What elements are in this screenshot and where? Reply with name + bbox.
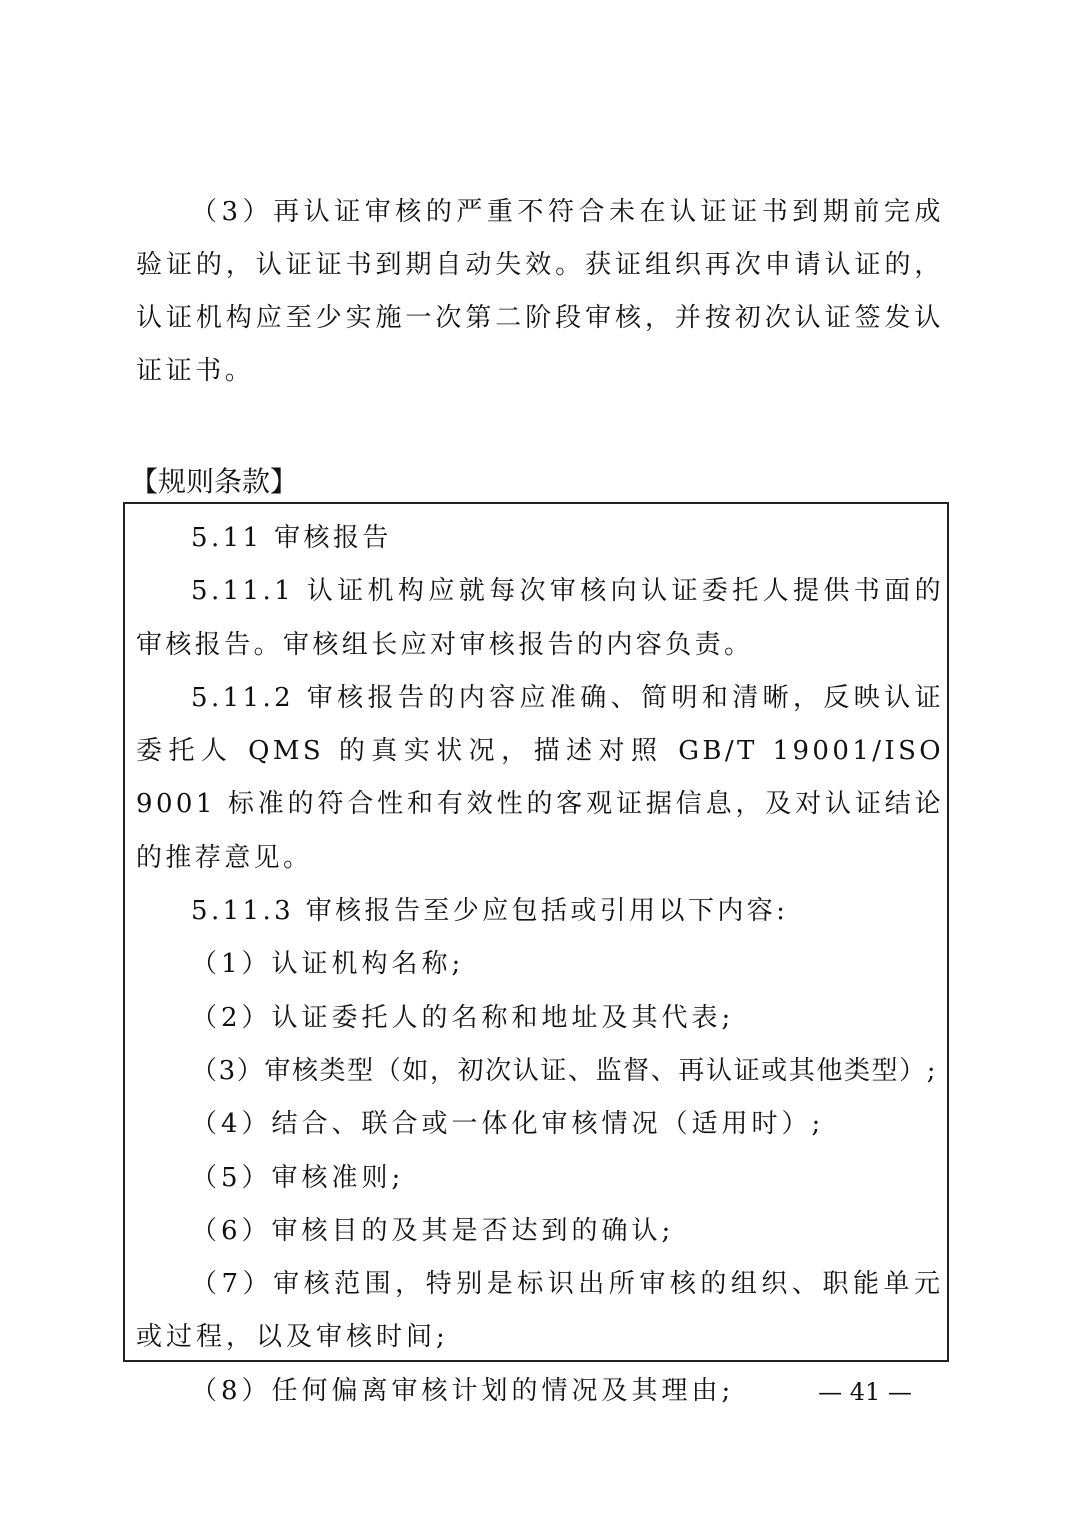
clause-5-11-2: 5.11.2 审核报告的内容应准确、简明和清晰，反映认证委托人 QMS 的真实状… <box>136 672 944 885</box>
rule-clause-content: 5.11 审核报告 5.11.1 认证机构应就每次审核向认证委托人提供书面的审核… <box>136 512 944 1418</box>
rule-clause-box: 5.11 审核报告 5.11.1 认证机构应就每次审核向认证委托人提供书面的审核… <box>123 502 949 1362</box>
clause-5-11-1: 5.11.1 认证机构应就每次审核向认证委托人提供书面的审核报告。审核组长应对审… <box>136 565 944 672</box>
page-number: — 41 — <box>810 1374 920 1410</box>
list-item: （4）结合、联合或一体化审核情况（适用时）; <box>136 1098 944 1151</box>
section-heading: 【规则条款】 <box>130 460 298 504</box>
clause-5-11-3: 5.11.3 审核报告至少应包括或引用以下内容: <box>136 885 944 938</box>
intro-paragraph: （3）再认证审核的严重不符合未在认证证书到期前完成验证的，认证证书到期自动失效。… <box>136 186 944 398</box>
list-item: （3）审核类型（如，初次认证、监督、再认证或其他类型）; <box>136 1045 944 1098</box>
clause-title: 5.11 审核报告 <box>136 512 944 565</box>
list-item: （5）审核准则; <box>136 1152 944 1205</box>
list-item: （7）审核范围，特别是标识出所审核的组织、职能单元或过程，以及审核时间; <box>136 1258 944 1365</box>
list-item: （6）审核目的及其是否达到的确认; <box>136 1205 944 1258</box>
list-item: （1）认证机构名称; <box>136 938 944 991</box>
list-item: （2）认证委托人的名称和地址及其代表; <box>136 992 944 1045</box>
